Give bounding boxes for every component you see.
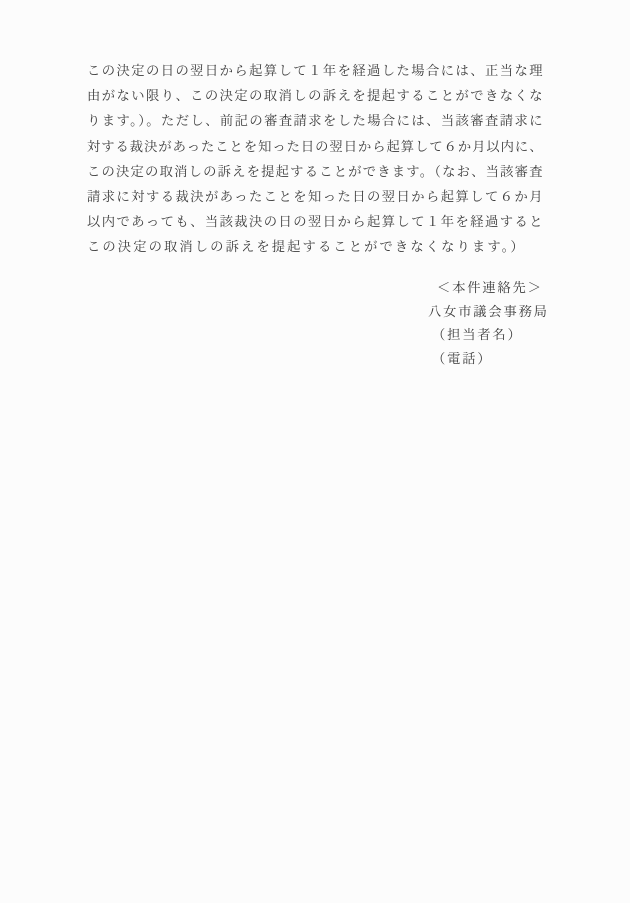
document-page: この決定の日の翌日から起算して１年を経過した場合には、正当な理 由がない限り、こ… bbox=[0, 0, 630, 903]
body-line: 請求に対する裁決があったことを知った日の翌日から起算して６か月 bbox=[87, 184, 543, 209]
contact-phone-placeholder: （電話） bbox=[428, 347, 618, 371]
contact-heading: ＜本件連絡先＞ bbox=[428, 276, 618, 300]
body-line: この決定の日の翌日から起算して１年を経過した場合には、正当な理 bbox=[87, 58, 543, 83]
contact-person-placeholder: （担当者名） bbox=[428, 323, 618, 347]
appeal-notice-paragraph: この決定の日の翌日から起算して１年を経過した場合には、正当な理 由がない限り、こ… bbox=[87, 58, 543, 260]
body-line: この決定の取消しの訴えを提起することができます。（なお、当該審査 bbox=[87, 159, 543, 184]
body-line: ります。）。ただし、前記の審査請求をした場合には、当該審査請求に bbox=[87, 108, 543, 133]
body-line: 対する裁決があったことを知った日の翌日から起算して６か月以内に、 bbox=[87, 134, 543, 159]
body-line: 由がない限り、この決定の取消しの訴えを提起することができなくな bbox=[87, 83, 543, 108]
body-line: この決定の取消しの訴えを提起することができなくなります。） bbox=[87, 234, 543, 259]
contact-info-block: ＜本件連絡先＞ 八女市議会事務局 （担当者名） （電話） bbox=[428, 276, 618, 371]
body-line: 以内であっても、当該裁決の日の翌日から起算して１年を経過すると bbox=[87, 209, 543, 234]
contact-department: 八女市議会事務局 bbox=[428, 300, 618, 324]
